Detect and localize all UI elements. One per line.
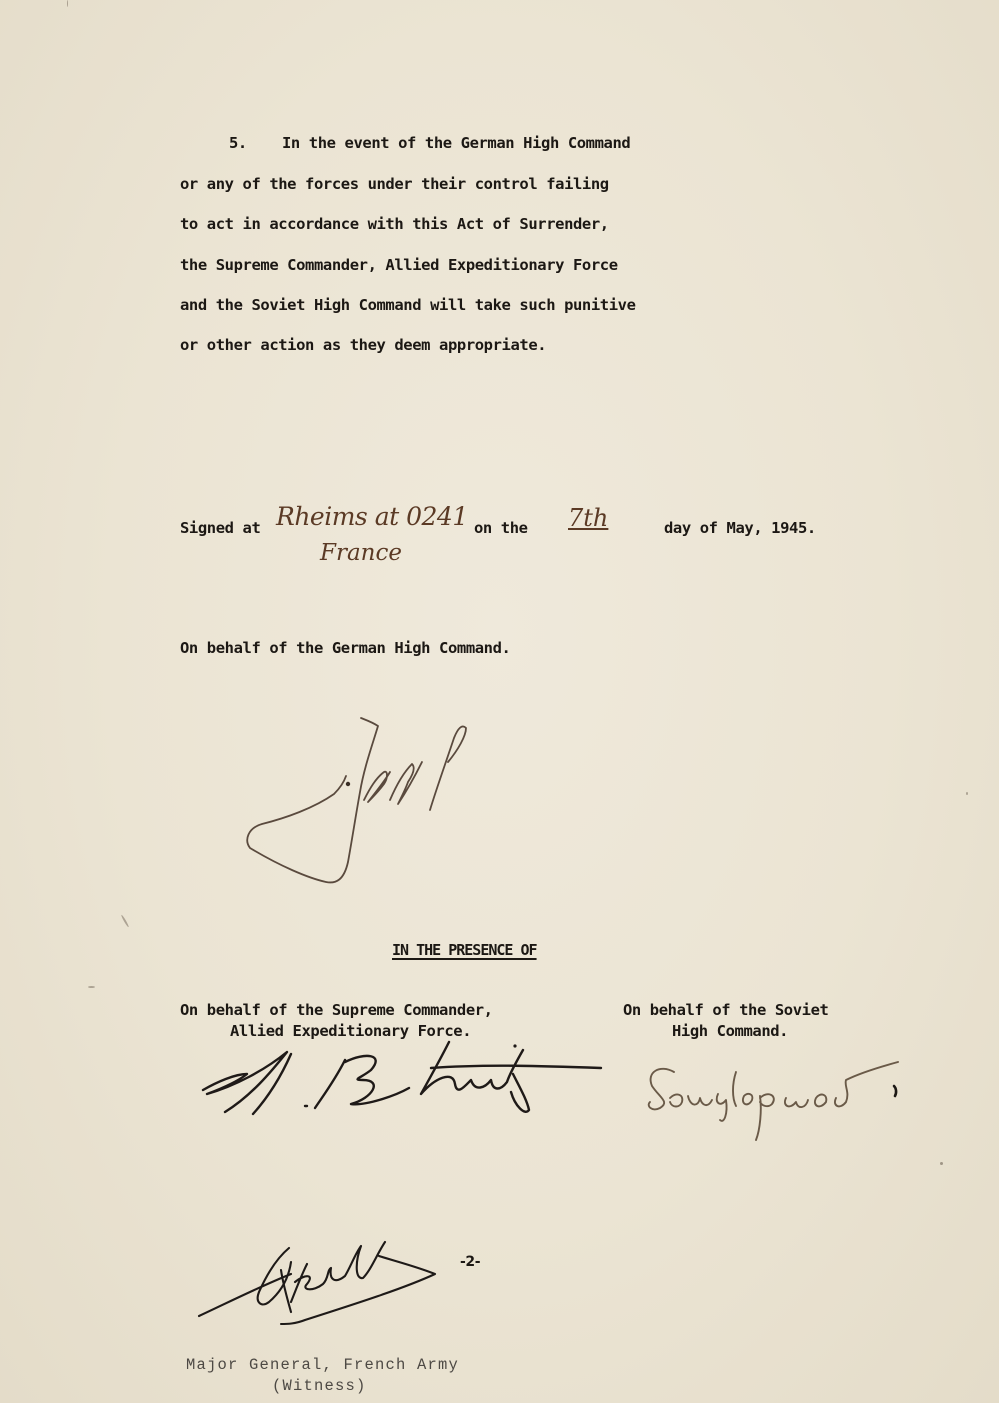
paragraph-number: 5.: [229, 134, 247, 152]
paper-mark: [940, 1162, 943, 1165]
smith-signature: [195, 1036, 605, 1136]
witness-role: (Witness): [272, 1377, 367, 1395]
paragraph-line-4: the Supreme Commander, Allied Expedition…: [180, 256, 618, 274]
jodl-signature: [240, 710, 470, 890]
date-suffix: day of May, 1945.: [664, 519, 816, 537]
sousloparov-signature: [640, 1058, 910, 1148]
page-number: -2-: [460, 1254, 480, 1270]
german-high-command-label: On behalf of the German High Command.: [180, 639, 510, 657]
paper-mark: [88, 986, 95, 988]
paragraph-line-6: or other action as they deem appropriate…: [180, 336, 546, 354]
paragraph-line-1: In the event of the German High Command: [282, 134, 630, 152]
handwritten-country: France: [320, 540, 402, 566]
paper-mark: [966, 792, 968, 795]
sevez-signature: [195, 1240, 445, 1340]
paragraph-line-2: or any of the forces under their control…: [180, 175, 609, 193]
paper-mark: [67, 0, 68, 7]
paper-mark: [121, 914, 130, 927]
handwritten-place: Rheims at 0241: [276, 502, 468, 531]
soviet-label-line-2: High Command.: [672, 1022, 788, 1040]
signed-at-label: Signed at: [180, 519, 260, 537]
handwritten-day: 7th: [568, 504, 608, 532]
paragraph-line-5: and the Soviet High Command will take su…: [180, 296, 636, 314]
witness-title: Major General, French Army: [186, 1356, 459, 1374]
soviet-label-line-1: On behalf of the Soviet: [623, 1001, 828, 1019]
document-page: 5. In the event of the German High Comma…: [0, 0, 999, 1403]
paragraph-line-3: to act in accordance with this Act of Su…: [180, 215, 609, 233]
in-the-presence-of-heading: IN THE PRESENCE OF: [392, 941, 537, 959]
allied-label-line-1: On behalf of the Supreme Commander,: [180, 1001, 493, 1019]
on-the-label: on the: [474, 519, 528, 537]
